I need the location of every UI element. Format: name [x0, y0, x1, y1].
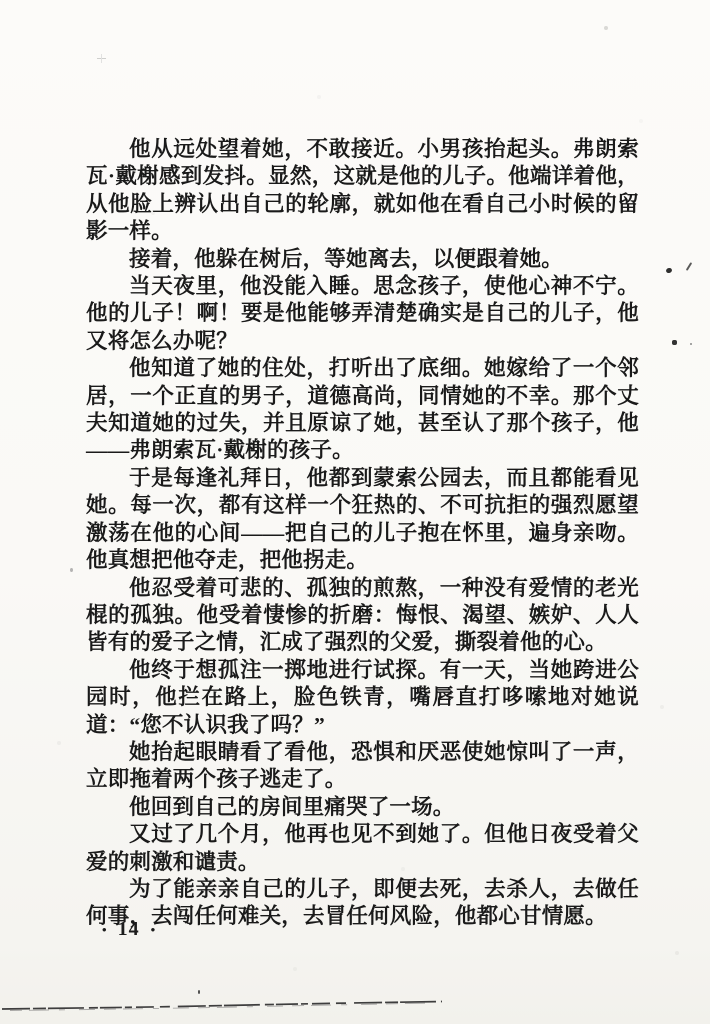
scan-speck	[686, 262, 692, 271]
paragraph: 又过了几个月，他再也见不到她了。但他日夜受着父爱的刺激和谴责。	[86, 821, 639, 876]
scan-speck	[672, 340, 677, 345]
scan-speck	[665, 267, 672, 274]
scanned-book-page: 他从远处望着她，不敢接近。小男孩抬起头。弗朗索瓦·戴榭感到发抖。显然，这就是他的…	[0, 0, 710, 1024]
paragraph: 他知道了她的住处，打听出了底细。她嫁给了一个邻居，一个正直的男子，道德高尚，同情…	[86, 355, 639, 465]
scan-edge-scratch-line	[0, 996, 450, 1014]
footer-right-dot: •	[151, 920, 156, 940]
footer-left-dot: •	[102, 920, 107, 940]
paragraph: 他从远处望着她，不敢接近。小男孩抬起头。弗朗索瓦·戴榭感到发抖。显然，这就是他的…	[86, 136, 639, 246]
paragraph: 他终于想孤注一掷地进行试探。有一天，当她跨进公园时，他拦在路上，脸色铁青，嘴唇直…	[86, 657, 639, 739]
paragraph: 接着，他躲在树后，等她离去，以便跟着她。	[86, 246, 639, 273]
paragraph: 当天夜里，他没能入睡。思念孩子，使他心神不宁。他的儿子！啊！要是他能够弄清楚确实…	[86, 273, 639, 355]
scan-speck	[690, 343, 692, 345]
page-text: 他从远处望着她，不敢接近。小男孩抬起头。弗朗索瓦·戴榭感到发抖。显然，这就是他的…	[86, 136, 639, 931]
scan-speck	[604, 26, 608, 30]
paragraph: 为了能亲亲自己的儿子，即便去死，去杀人，去做任何事，去闯任何难关，去冒任何风险，…	[86, 876, 639, 931]
paragraph: 于是每逢礼拜日，他都到蒙索公园去，而且都能看见她。每一次，都有这样一个狂热的、不…	[86, 465, 639, 575]
paragraph: 她抬起眼睛看了看他，恐惧和厌恶使她惊叫了一声，立即拖着两个孩子逃走了。	[86, 739, 639, 794]
paper-noise	[0, 0, 2, 2]
page-footer: • 14 •	[102, 918, 155, 941]
faint-cross-mark	[97, 54, 106, 63]
page-number: 14	[118, 918, 140, 941]
scan-speck	[70, 568, 73, 572]
scan-speck	[198, 990, 200, 994]
paragraph: 他回到自己的房间里痛哭了一场。	[86, 794, 639, 821]
paragraph: 他忍受着可悲的、孤独的煎熬，一种没有爱情的老光棍的孤独。他受着悽惨的折磨：悔恨、…	[86, 575, 639, 657]
